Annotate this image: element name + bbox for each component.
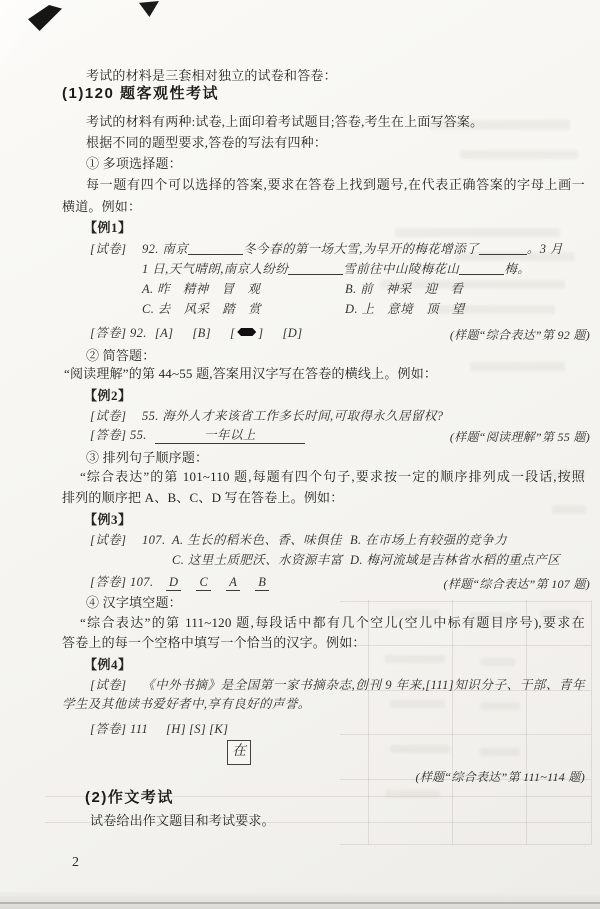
- example-4-answer-line: [答卷]111[H][S][K]: [90, 721, 231, 737]
- example-2-answer-line: [答卷]55.一年以上: [90, 427, 305, 444]
- blank-underline: [479, 242, 527, 255]
- bleedthrough-smudge: [395, 228, 560, 237]
- bleedthrough-smudge: [552, 505, 586, 514]
- page-number: 2: [72, 855, 79, 871]
- para-materials: 考试的材料有两种:试卷,上面印着考试题目;答卷,考生在上面写答案。: [86, 114, 483, 130]
- answer-111-number: 111: [130, 721, 166, 737]
- option-d: D. 上 意境 顶 望: [345, 302, 465, 316]
- example-4-question-line2: 学生及其他读书爱好者中,享有良好的声誉。: [62, 696, 311, 712]
- marked-answer-c: []: [230, 326, 264, 340]
- section-1-heading: (1)120 题客观性考试: [62, 86, 219, 102]
- example-1-options-row1: A. 昨 精神 冒 观B. 前 神采 迎 看: [142, 281, 463, 297]
- qtype-1-desc-text: 每一题有四个可以选择的答案,要求在答卷上找到题号,在代表正确答案的字母上画一: [86, 177, 585, 193]
- bleedthrough-smudge: [390, 745, 450, 753]
- answer-sheet-label: [答卷]: [90, 721, 130, 737]
- bleedthrough-grid-line: [340, 601, 591, 602]
- example-3-question-line1: [试卷]107.A. 生长的稻米色、香、味俱佳B. 在市场上有较强的竞争力: [90, 532, 507, 548]
- qtype-4-title: ④ 汉字填空题：: [86, 595, 182, 611]
- answer-letter-1: D: [166, 574, 181, 591]
- answer-letter-4: B: [255, 574, 269, 591]
- answer-cell-s: [S]: [189, 721, 206, 737]
- sample-note-107: (样题“综合表达”第 107 题): [444, 575, 590, 592]
- exam-paper-label: [试卷]: [90, 532, 142, 548]
- scan-bottom-edge: [0, 892, 600, 909]
- sample-note-111-114: (样题“综合表达”第 111~114 题): [416, 768, 585, 785]
- qtype-4-desc-line1: “综合表达”的第 111~120 题,每段话中都有几个空儿(空儿中标有题目序号)…: [80, 615, 585, 631]
- para-four-ways: 根据不同的题型要求,答卷的写法有四种：: [86, 135, 327, 151]
- scanned-book-page: 考试的材料是三套相对独立的试卷和答卷： (1)120 题客观性考试 考试的材料有…: [0, 0, 600, 909]
- bleedthrough-grid-line: [368, 600, 369, 845]
- handwritten-character-box: 在: [227, 740, 251, 765]
- qtype-3-desc-line1: “综合表达”的第 101~110 题,每题有四个句子,要求按一定的顺序排列成一段…: [80, 469, 585, 485]
- q92-text: 92. 南京: [142, 242, 188, 256]
- q92-text: 梅。: [504, 262, 530, 276]
- intro-text: 考试的材料是三套相对独立的试卷和答卷：: [86, 68, 337, 84]
- section-2-heading: (2)作文考试: [85, 790, 174, 806]
- bracket-close: ]: [258, 326, 263, 340]
- pencil-mark: [237, 328, 256, 336]
- scan-bottom-line: [0, 902, 600, 905]
- qtype-2-desc: “阅读理解”的第 44~55 题,答案用汉字写在答卷的横线上。例如：: [64, 366, 437, 382]
- qtype-1-title: ① 多项选择题：: [86, 156, 182, 172]
- bleedthrough-smudge: [390, 700, 445, 708]
- exam-paper-label: [试卷]: [90, 241, 142, 257]
- answer-55-number: 55.: [130, 428, 147, 442]
- answer-cell-h: [H]: [166, 721, 186, 737]
- bleedthrough-grid-line: [591, 600, 592, 845]
- exam-paper-label: [试卷]: [90, 677, 142, 693]
- q92-text: 1 日,天气晴朗,南京人纷纷: [142, 262, 288, 276]
- example-1-answer-line: [答卷]92.[A][B][][D]: [90, 325, 302, 341]
- example-1-options-row2: C. 去 风采 踏 赏D. 上 意境 顶 望: [142, 301, 465, 317]
- q92-text: 。3 月: [527, 242, 563, 256]
- answer-option-b: [B]: [192, 326, 211, 340]
- example-2-question-line: [试卷]55. 海外人才来该省工作多长时间,可取得永久居留权?: [90, 408, 443, 424]
- option-a: A. 生长的稻米色、香、味俱佳: [172, 532, 350, 548]
- example-2-label: 【例2】: [84, 388, 132, 404]
- qtype-4-desc-line2: 答卷上的每一个空格中填写一个恰当的汉字。例如：: [62, 635, 366, 651]
- qtype-4-desc-text: “综合表达”的第 111~120 题,每段话中都有几个空儿(空儿中标有题目序号)…: [80, 615, 585, 631]
- bleedthrough-grid-line: [340, 844, 591, 845]
- example-3-answer-line: [答卷]107.DCAB: [90, 574, 284, 591]
- example-4-question-line1: [试卷]《中外书摘》是全国第一家书摘杂志,创刊 9 年来,[111]知识分子、干…: [90, 677, 585, 693]
- bracket-open: [: [230, 326, 235, 340]
- answer-sheet-label: [答卷]: [90, 325, 130, 341]
- option-c: C. 这里土质肥沃、水资源丰富: [172, 552, 350, 568]
- option-b: B. 前 神采 迎 看: [345, 282, 463, 296]
- q92-text: 雪前往中山陵梅花山: [343, 262, 459, 276]
- bleedthrough-smudge: [470, 362, 565, 371]
- sample-note-55: (样题“阅读理解”第 55 题): [450, 428, 590, 445]
- bleedthrough-smudge: [385, 655, 445, 663]
- option-a: A. 昨 精神 冒 观: [142, 281, 345, 297]
- qtype-3-desc-text: “综合表达”的第 101~110 题,每题有四个句子,要求按一定的顺序排列成一段…: [80, 469, 585, 485]
- example-4-label: 【例4】: [84, 657, 132, 673]
- bleedthrough-grid-line: [526, 600, 527, 845]
- q111-text: 《中外书摘》是全国第一家书摘杂志,创刊 9 年来,[111]知识分子、干部、青年: [142, 677, 585, 693]
- bleedthrough-smudge: [460, 150, 578, 159]
- example-3-question-line2: C. 这里土质肥沃、水资源丰富D. 梅河流域是吉林省水稻的重点产区: [172, 552, 560, 568]
- answer-sheet-label: [答卷]: [90, 574, 130, 590]
- answer-sheet-label: [答卷]: [90, 427, 130, 443]
- qtype-1-desc-line2: 横道。例如：: [62, 199, 141, 215]
- bleedthrough-smudge: [385, 790, 440, 798]
- answer-cell-k: [K]: [209, 721, 228, 737]
- example-3-label: 【例3】: [84, 512, 132, 528]
- bleedthrough-smudge: [480, 658, 515, 666]
- blank-underline: [459, 262, 504, 275]
- answer-107-number: 107.: [130, 574, 166, 590]
- example-1-question-line1: [试卷]92. 南京冬今春的第一场大雪,为早开的梅花增添了。3 月: [90, 241, 563, 257]
- option-c: C. 去 风采 踏 赏: [142, 301, 345, 317]
- answer-option-a: [A]: [155, 326, 174, 340]
- exam-paper-label: [试卷]: [90, 408, 142, 424]
- q55-text: 55. 海外人才来该省工作多长时间,可取得永久居留权?: [142, 409, 443, 423]
- example-1-label: 【例1】: [84, 220, 132, 236]
- bleedthrough-grid-line: [340, 645, 591, 646]
- answer-55-text: 一年以上: [204, 428, 256, 442]
- sample-note-92: (样题“综合表达”第 92 题): [450, 326, 590, 343]
- section-2-para: 试卷给出作文题目和考试要求。: [90, 813, 275, 829]
- bleedthrough-grid-line: [340, 734, 591, 735]
- answer-92-number: 92.: [130, 326, 147, 340]
- answer-55-handwritten: 一年以上: [155, 427, 305, 444]
- qtype-2-title: ② 简答题：: [86, 348, 155, 364]
- qtype-3-desc-line2: 排列的顺序把 A、B、C、D 写在答卷上。例如：: [62, 490, 343, 506]
- answer-letter-2: C: [196, 574, 211, 591]
- qtype-1-desc-line1: 每一题有四个可以选择的答案,要求在答卷上找到题号,在代表正确答案的字母上画一: [86, 177, 585, 193]
- answer-letter-3: A: [226, 574, 240, 591]
- option-b: B. 在市场上有较强的竞争力: [350, 533, 507, 547]
- q92-text: 冬今春的第一场大雪,为早开的梅花增添了: [243, 242, 479, 256]
- example-1-question-line2: 1 日,天气晴朗,南京人纷纷雪前往中山陵梅花山梅。: [142, 261, 530, 277]
- bleedthrough-grid-line: [452, 600, 453, 845]
- answer-option-d: [D]: [283, 326, 303, 340]
- qtype-3-title: ③ 排列句子顺序题：: [86, 450, 208, 466]
- blank-underline: [288, 262, 343, 275]
- ink-blot-artifact: [139, 1, 159, 17]
- option-d: D. 梅河流域是吉林省水稻的重点产区: [350, 553, 560, 567]
- blank-underline: [188, 242, 243, 255]
- q107-number: 107.: [142, 532, 172, 548]
- bleedthrough-smudge: [480, 702, 520, 710]
- bleedthrough-smudge: [480, 748, 520, 756]
